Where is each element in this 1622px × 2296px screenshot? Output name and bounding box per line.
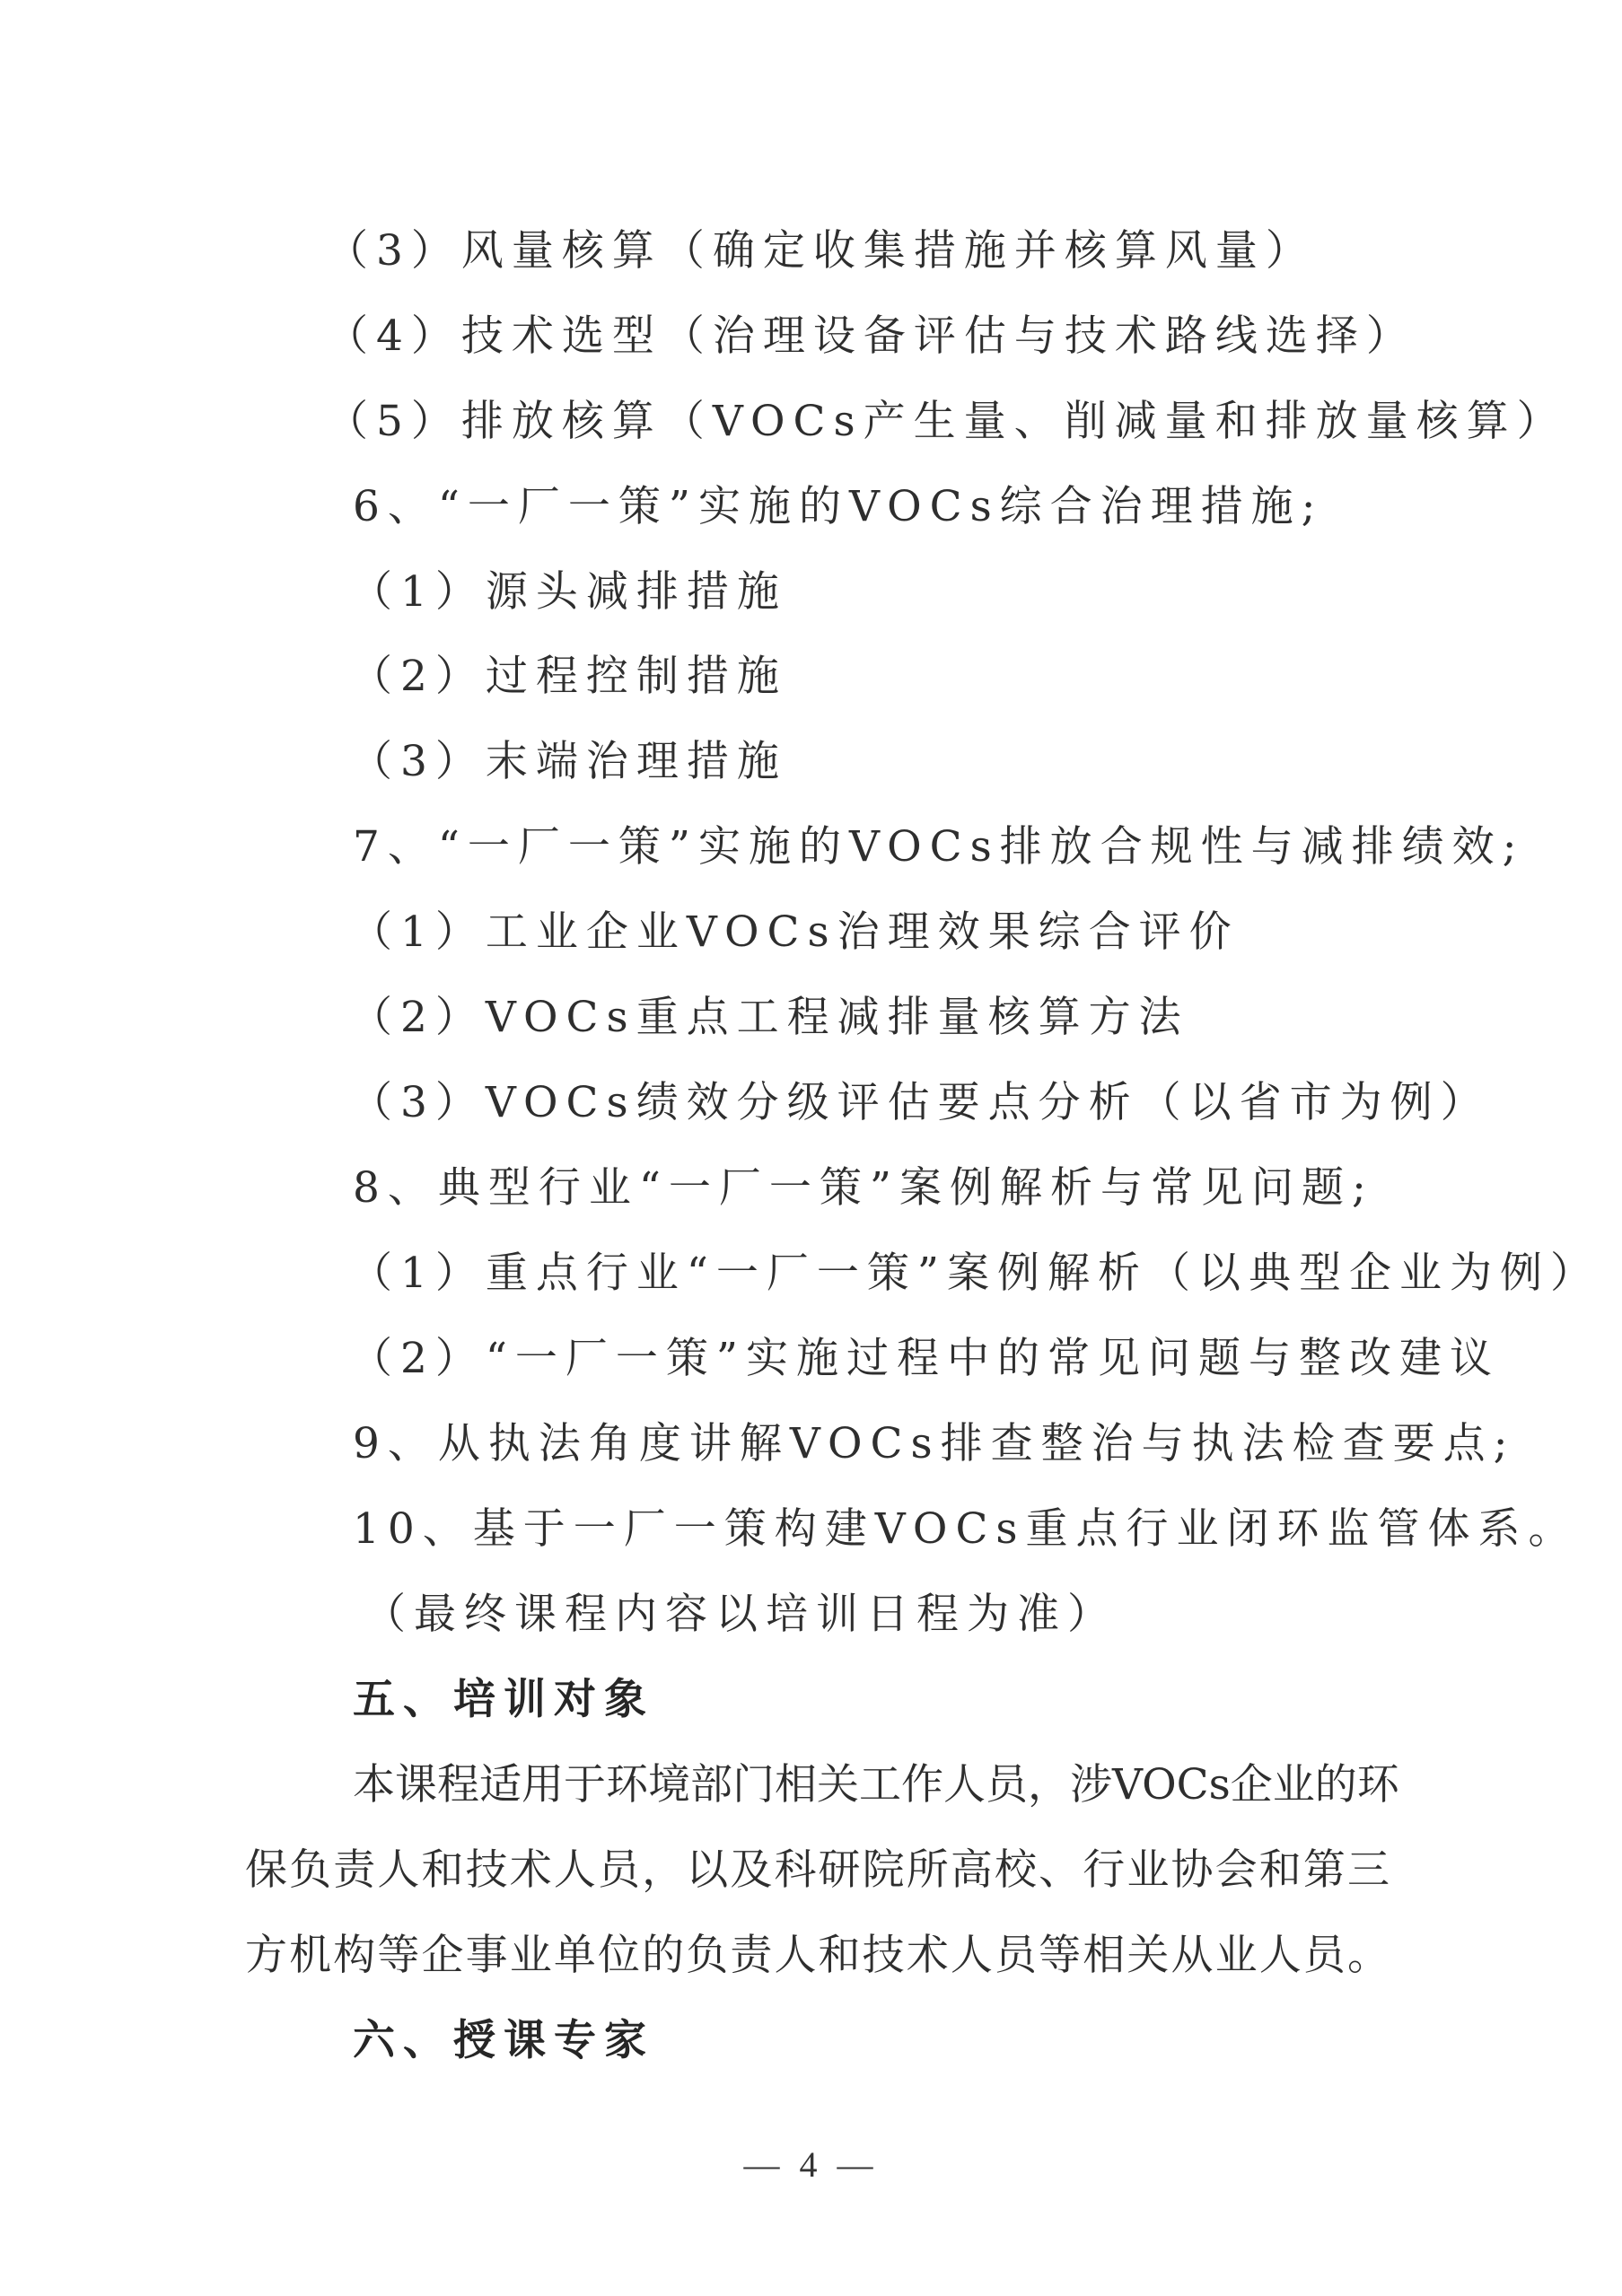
- section-heading-training-targets: 五、培训对象: [353, 1673, 654, 1727]
- list-item-7-compliance-performance: 7、“一厂一策”实施的VOCs排放合规性与减排绩效;: [353, 820, 1525, 874]
- paragraph-line: 保负责人和技术人员，以及科研院所高校、行业协会和第三: [245, 1844, 1390, 1897]
- list-item-treatment-evaluation: （1）工业企业VOCs治理效果综合评价: [350, 906, 1240, 960]
- list-item-performance-grading: （3）VOCs绩效分级评估要点分析（以省市为例）: [350, 1076, 1491, 1130]
- list-item-emission-accounting: （5）排放核算（VOCs产生量、削减量和排放量核算）: [326, 395, 1567, 449]
- list-item-reduction-accounting: （2）VOCs重点工程减排量核算方法: [350, 991, 1189, 1045]
- page-number: — 4 —: [0, 2138, 1622, 2192]
- list-item-9-enforcement: 9、从执法角度讲解VOCs排查整治与执法检查要点;: [353, 1417, 1515, 1471]
- list-item-8-case-analysis: 8、典型行业“一厂一策”案例解析与常见问题;: [353, 1161, 1374, 1215]
- list-item-process-control: （2）过程控制措施: [350, 650, 787, 704]
- list-item-common-problems: （2）“一厂一策”实施过程中的常见问题与整改建议: [350, 1332, 1500, 1386]
- paragraph-line: 本课程适用于环境部门相关工作人员，涉VOCs企业的环: [353, 1758, 1390, 1812]
- paragraph-line: 方机构等企事业单位的负责人和技术人员等相关从业人员。: [245, 1929, 1390, 1983]
- list-item-6-comprehensive-measures: 6、“一厂一策”实施的VOCs综合治理措施;: [353, 480, 1324, 534]
- schedule-note: （最终课程内容以培训日程为准）: [364, 1588, 1118, 1642]
- list-item-technology-selection: （4）技术选型（治理设备评估与技术路线选择）: [326, 310, 1416, 364]
- document-page: （3）风量核算（确定收集措施并核算风量） （4）技术选型（治理设备评估与技术路线…: [0, 0, 1622, 2296]
- list-item-10-closed-loop-supervision: 10、基于一厂一策构建VOCs重点行业闭环监管体系。: [353, 1503, 1579, 1556]
- list-item-key-industry-cases: （1）重点行业“一厂一策”案例解析（以典型企业为例）: [350, 1247, 1600, 1301]
- list-item-source-reduction: （1）源头减排措施: [350, 565, 787, 619]
- list-item-end-treatment: （3）末端治理措施: [350, 735, 787, 789]
- list-item-air-volume-accounting: （3）风量核算（确定收集措施并核算风量）: [326, 224, 1316, 278]
- section-heading-instructors: 六、授课专家: [353, 2014, 654, 2068]
